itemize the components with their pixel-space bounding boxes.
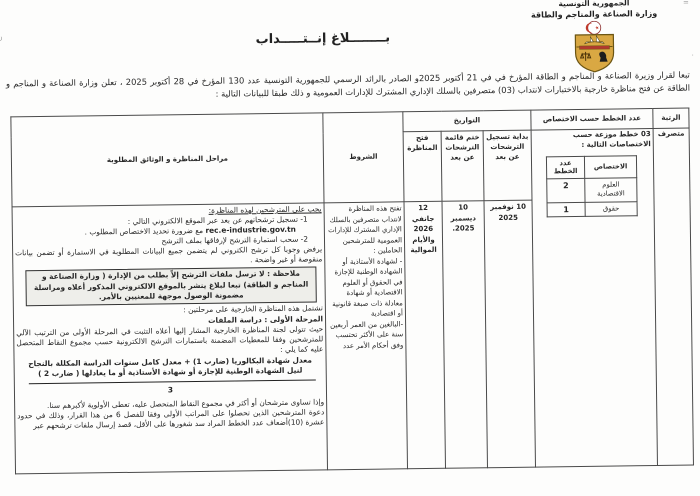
conditions-p1: تفتح هذه المناظرة لانتداب متصرفين بالسلك… [327,203,403,256]
stages-reject-rule: يرفض وجوبا كل ترشح الكتروني لم يتضمن جمي… [15,245,322,269]
scan-artifact: · [692,51,694,59]
page-number: 3 [17,383,324,397]
stages-cell: يجب على المترشحين لهذه المناظرة: 1- تسجي… [12,203,327,474]
col-header-rank: الرتبة [653,108,689,128]
col-header-positions: عدد الخطط حسب الاختصاص [531,109,653,131]
intro-paragraph: تبعا لقرار وزيرة الصناعة و المناجم و الط… [6,69,690,104]
specialty-name: العلوم الاقتصادية [585,178,637,202]
spec-col-header: الاختصاص [584,155,636,178]
document-page: الجمهورية التونسية وزارة الصناعة والمناج… [0,0,700,496]
conditions-p3: -البالغين من العمر أربعين سنة على الأكثر… [328,319,403,351]
conditions-cell: تفتح هذه المناظرة لانتداب متصرفين بالسلك… [324,202,407,470]
ministry-name: وزارة الصناعة والمناجم والطاقة [509,9,679,20]
positions-intro: 03 خطط موزعة حسب الاختصاصات التالية : [534,130,651,151]
date-registration-start: 10 نوفمبر 2025 [484,200,535,468]
country-name: الجمهورية التونسية [509,0,679,9]
specialties-table: الاختصاص عدد الخطط العلوم الاقتصادية 2 ح… [546,155,638,217]
specialty-name: حقوق [585,201,637,216]
tunisia-coat-of-arms-icon [571,20,618,73]
stages-item1-suffix: مع ضرورة تحديد الاختصاص المطلوب . [85,226,204,237]
col-header-dates: التواريخ [403,110,531,132]
date-competition-open: 12 جانفي 2026 والأيام الموالية [404,201,446,468]
government-header: الجمهورية التونسية وزارة الصناعة والمناج… [509,0,680,78]
scan-artifact: υ [0,35,2,43]
scan-artifact: = [683,0,689,7]
date-registration-close: 10 ديسمبر 2025. [442,201,487,469]
rank-value: متصرف [653,128,693,465]
competition-table: الرتبة عدد الخطط حسب الاختصاص التواريخ ا… [10,108,694,475]
registration-url: rec.e-industrie.gov.tn [205,225,296,235]
specialty-count: 1 [547,202,585,217]
date-subheader-registration-start: بداية تسجيل الترشحات عن بعد [483,130,532,201]
phase1-body: حيث تتولى لجنة المناظرة الخارجية المشار … [16,324,323,358]
scanned-sheet: الجمهورية التونسية وزارة الصناعة والمناج… [0,0,700,496]
specialty-count: 2 [547,179,585,203]
col-header-stages: مراحل المناظرة و الوثائق المطلوبة [11,113,324,207]
positions-cell: 03 خطط موزعة حسب الاختصاصات التالية : ال… [531,129,657,468]
announcement-title: بــــــــلاغ إنــتـــــداب [235,30,410,47]
date-subheader-competition-open: فتح المناظرة [403,131,442,201]
table-row: حقوق 1 [547,201,637,216]
note-box: ملاحظة : لا ترسل ملفات الترشح إلاّ بطلب … [25,267,316,307]
scoring-formula: معدل شهادة البكالوريا (ضارب 1) + معدل كا… [21,355,320,379]
note-text: ملاحظة : لا ترسل ملفات الترشح إلاّ بطلب … [30,269,311,304]
col-header-conditions: الشروط [323,112,404,203]
invite-rule: دعوة المترشحين الذين تحصلوا على المراتب … [17,407,324,431]
date-subheader-registration-close: ختم قائمة الترشحات عن بعد [441,131,484,202]
conditions-p2: - لشهادة الأستاذية أو الشهادة الوطنية لل… [327,256,403,320]
count-col-header: عدد الخطط [546,156,584,179]
table-row: العلوم الاقتصادية 2 [547,178,637,203]
